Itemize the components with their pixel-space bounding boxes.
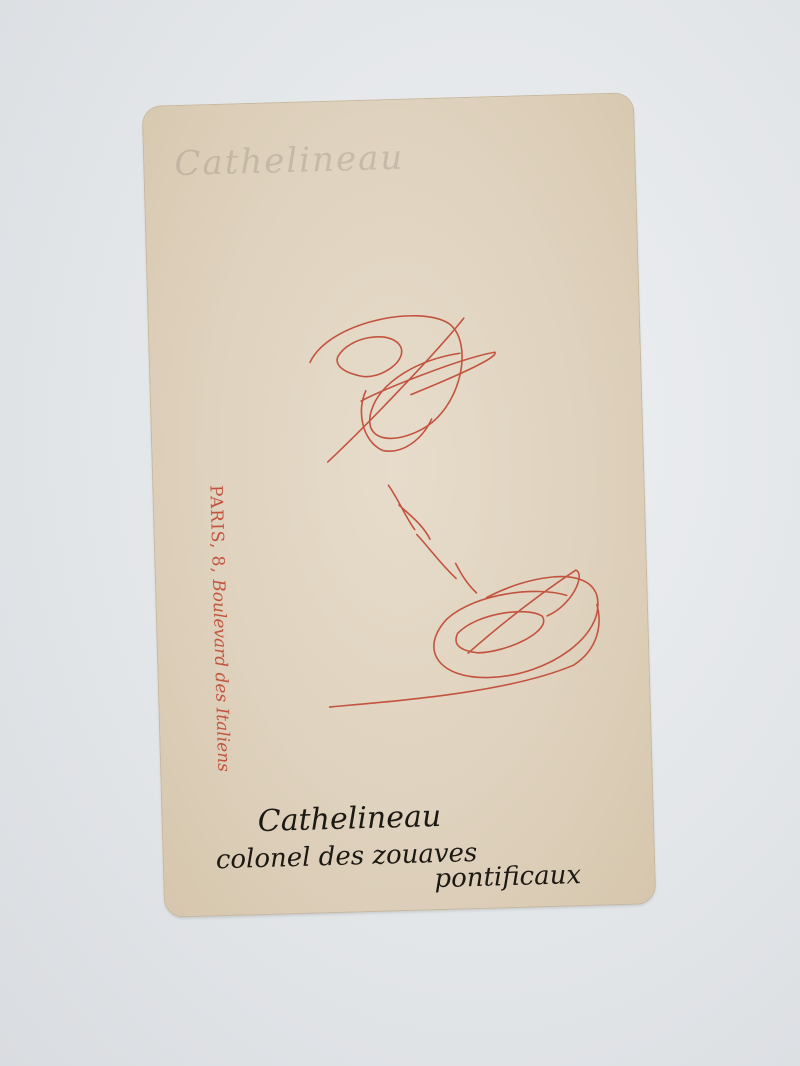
address-street: Boulevard des Italiens <box>208 574 234 773</box>
carte-de-visite-card: Cathelineau PARIS, 8, Boulevard des Ital… <box>143 93 655 916</box>
inscription-name: Cathelineau <box>257 799 441 839</box>
photo-scene: Cathelineau PARIS, 8, Boulevard des Ital… <box>0 0 800 1066</box>
inscription-title-line2: pontificaux <box>434 860 581 894</box>
address-city: PARIS, 8, <box>205 485 227 574</box>
disderi-monogram-logo <box>298 294 610 722</box>
studio-address: PARIS, 8, Boulevard des Italiens <box>205 485 233 772</box>
faint-pencil-note: Cathelineau <box>174 138 405 184</box>
